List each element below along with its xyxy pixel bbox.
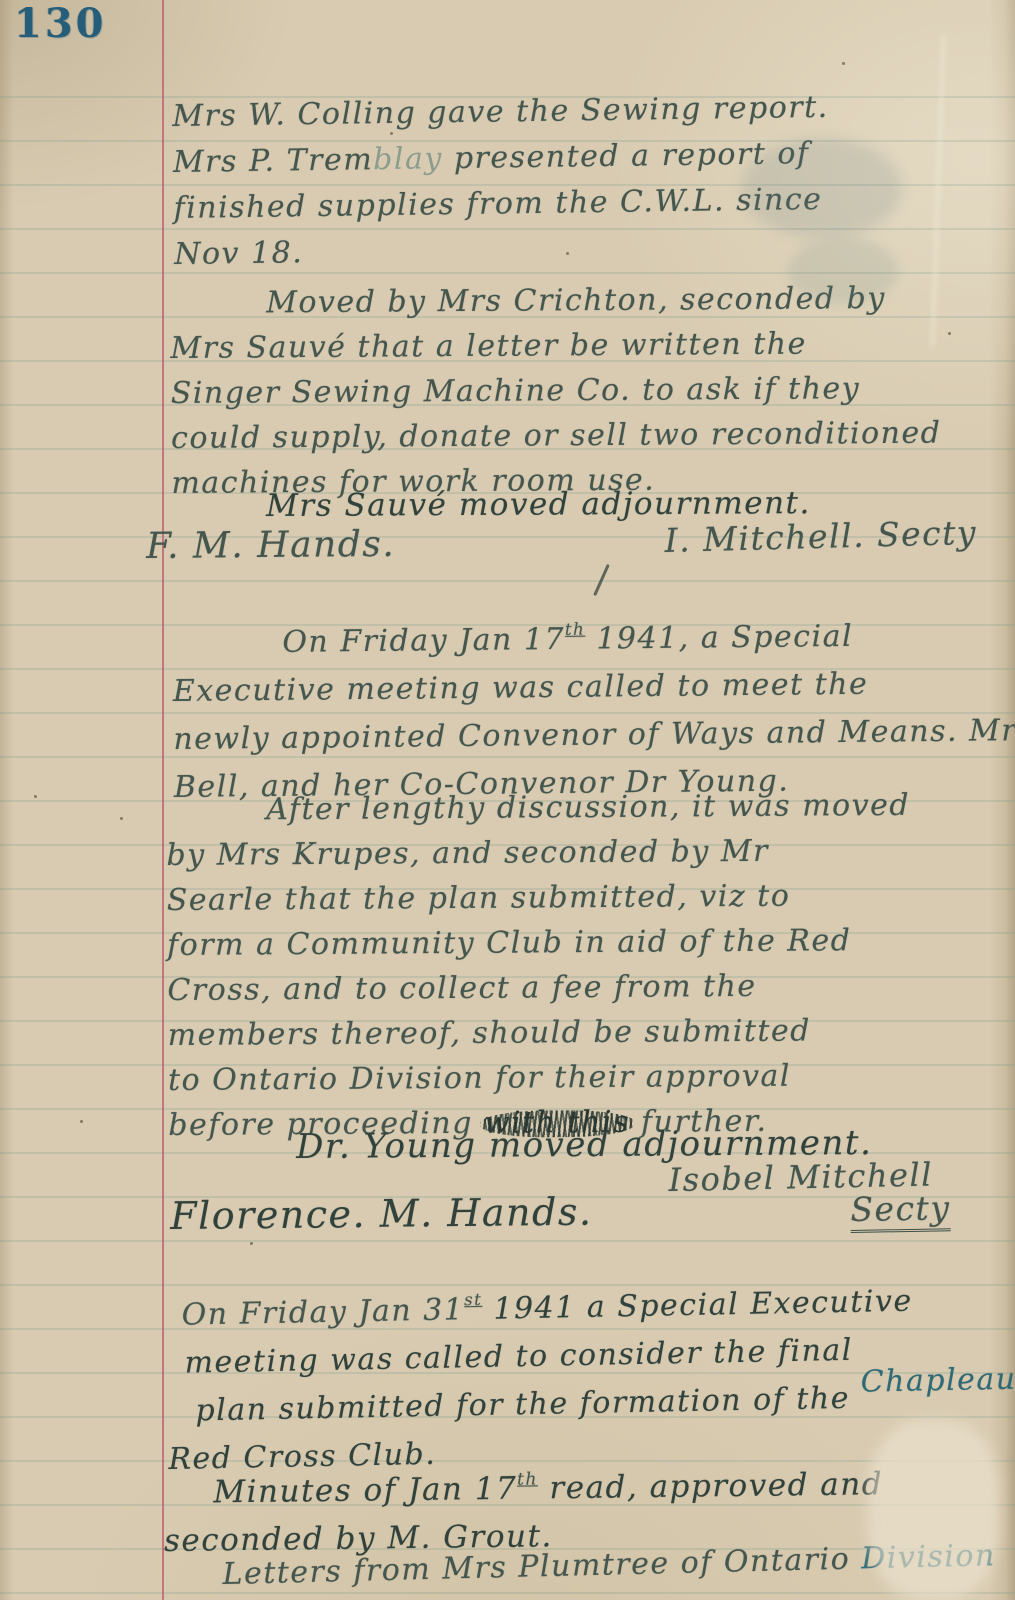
signature-mitchell-1: I. Mitchell. Secty	[664, 510, 978, 564]
handwriting-segment: Minutes of Jan 17	[213, 1471, 517, 1511]
margin-line	[162, 0, 164, 1600]
handwriting-segment: Chapleau	[860, 1362, 1015, 1400]
paper-speck	[566, 252, 569, 255]
script-line: Cross, and to collect a fee from the	[167, 963, 911, 1013]
script-line: Florence. M. Hands.	[170, 1188, 593, 1240]
sewing-report-paragraph: Mrs W. Colling gave the Sewing report.Mr…	[172, 85, 831, 278]
handwriting-segment: Letters from Mrs Plumtree of Ontario	[222, 1541, 862, 1592]
handwriting-segment: Searle that the plan submitted, viz to	[167, 879, 791, 918]
handwriting-segment: Moved by Mrs Crichton, seconded by	[266, 281, 886, 320]
handwriting-segment: could supply, donate or sell two recondi…	[171, 416, 942, 456]
script-line: Searle that the plan submitted, viz to	[167, 873, 911, 923]
handwriting-segment: plan submitted for the formation of the	[195, 1381, 861, 1429]
script-line: Minutes of Jan 17th read, approved and	[163, 1451, 883, 1517]
script-line: Moved by Mrs Crichton, seconded by	[170, 276, 941, 326]
signature-hands-2: Florence. M. Hands.	[170, 1188, 593, 1240]
handwriting-segment: form a Community Club in aid of the Red	[167, 923, 852, 963]
script-line: by Mrs Krupes, and seconded by Mr	[166, 828, 910, 878]
script-line: After lengthy discussion, it was moved	[166, 783, 910, 833]
paper-speck	[34, 795, 37, 798]
script-line: Singer Sewing Machine Co. to ask if they	[171, 366, 942, 416]
handwriting-segment: Florence. M. Hands.	[170, 1190, 593, 1238]
paper-speck	[120, 817, 123, 820]
handwriting-segment: Cross, and to collect a fee from the	[167, 969, 756, 1008]
script-line: F. M. Hands.	[146, 522, 395, 570]
script-line: to Ontario Division for their approval	[168, 1053, 912, 1103]
handwriting-segment: members thereof, should be submitted	[168, 1014, 811, 1053]
handwriting-segment: read, approved and	[538, 1466, 883, 1506]
handwriting-segment: On Friday Jan 17	[282, 622, 565, 660]
script-line: could supply, donate or sell two recondi…	[171, 411, 942, 461]
handwriting-segment: On Friday Jan 31	[181, 1292, 464, 1332]
singer-motion-paragraph: Moved by Mrs Crichton, seconded byMrs Sa…	[170, 276, 942, 506]
handwriting-segment: presented a report of	[443, 136, 810, 176]
script-line: Mrs Sauvé that a letter be written the	[170, 321, 941, 371]
paper-speck	[80, 1120, 83, 1123]
script-line: Nov 18.	[174, 223, 831, 278]
handwriting-segment: Mrs W. Colling gave the Sewing report.	[172, 90, 829, 134]
minute-book-page: 130 Mrs W. Colling gave the Sewing repor…	[0, 0, 1015, 1600]
script-line: newly appointed Convenor of Ways and Mea…	[173, 707, 1015, 764]
paper-speck	[842, 62, 845, 65]
handwriting-segment: 1941 a Special Executive	[482, 1284, 913, 1327]
paper-speck	[390, 132, 393, 135]
handwriting-segment: to Ontario Division for their approval	[168, 1059, 791, 1098]
script-line: finished supplies from the C.W.L. since	[173, 177, 830, 232]
paper-speck	[250, 1242, 253, 1245]
paper-speck	[948, 332, 951, 335]
handwriting-segment: Singer Sewing Machine Co. to ask if they	[171, 371, 861, 411]
signature-secty: Secty	[850, 1186, 951, 1232]
handwriting-segment: by Mrs Krupes, and seconded by Mr	[166, 834, 769, 873]
handwriting-segment: Mrs P. Trem	[173, 142, 374, 180]
paper-repair-patch	[868, 1420, 1000, 1600]
handwriting-segment: meeting was called to consider the final	[184, 1333, 853, 1381]
handwriting-segment: Nov 18.	[174, 235, 303, 272]
script-line: form a Community Club in aid of the Red	[167, 918, 911, 968]
stray-pen-mark	[593, 564, 610, 596]
handwriting-segment: Secty	[850, 1188, 951, 1233]
script-line: On Friday Jan 17th 1941, a Special	[172, 601, 1015, 668]
handwriting-segment: st	[464, 1290, 482, 1309]
handwriting-segment: newly appointed Convenor of Ways and Mea…	[173, 713, 1015, 757]
script-line: Executive meeting was called to meet the	[173, 659, 1015, 716]
handwriting-segment: 1941, a Special	[585, 619, 853, 657]
handwriting-segment: Mrs Sauvé that a letter be written the	[170, 327, 807, 366]
script-line: Secty	[850, 1186, 951, 1232]
handwriting-segment: F. M. Hands.	[146, 524, 395, 567]
handwriting-segment: th	[517, 1469, 538, 1489]
handwriting-segment: th	[565, 620, 585, 639]
handwriting-segment: After lengthy discussion, it was moved	[266, 788, 910, 827]
community-club-motion-paragraph: After lengthy discussion, it was movedby…	[166, 783, 912, 1148]
handwriting-segment: Executive meeting was called to meet the	[173, 667, 869, 709]
page-number-stamp: 130	[14, 0, 107, 47]
handwriting-segment: blay	[373, 141, 443, 177]
handwriting-segment: I. Mitchell. Secty	[664, 513, 977, 560]
jan17-meeting-paragraph: On Friday Jan 17th 1941, a SpecialExecut…	[172, 601, 1015, 812]
signature-hands-1: F. M. Hands.	[146, 522, 395, 570]
handwriting-segment: finished supplies from the C.W.L. since	[173, 182, 822, 226]
script-line: members thereof, should be submitted	[168, 1008, 912, 1058]
script-line: I. Mitchell. Secty	[664, 510, 978, 564]
